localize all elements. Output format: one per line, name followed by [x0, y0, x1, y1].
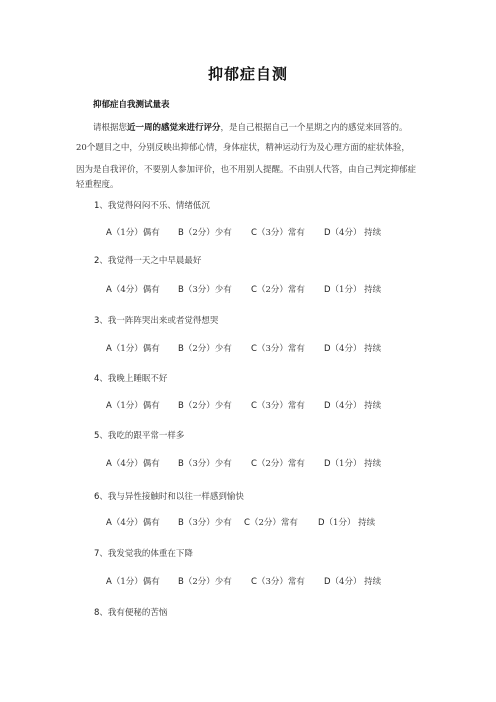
option-b[interactable]: B（2分）少有	[178, 226, 232, 238]
option-c[interactable]: C（3分）常有	[251, 575, 305, 587]
option-b[interactable]: B（3分）少有	[178, 283, 232, 295]
option-score: （4分） 持续	[331, 577, 382, 587]
question-5: 5、我吃的跟平常一样多	[94, 429, 184, 441]
option-score: （4分）偶有	[112, 518, 160, 528]
option-score: （1分）偶有	[112, 577, 160, 587]
option-score: （2分）少有	[184, 228, 232, 238]
question-text: 、我发觉我的体重在下降	[99, 549, 193, 559]
question-text: 、我晚上睡眠不好	[99, 374, 167, 384]
option-score: （1分） 持续	[325, 518, 376, 528]
option-score: （2分）少有	[184, 577, 232, 587]
intro-prefix: 请根据您	[93, 123, 127, 133]
option-score: （1分） 持续	[331, 459, 382, 469]
question-text: 、我觉得一天之中早晨最好	[99, 256, 201, 266]
option-c[interactable]: C（3分）常有	[251, 399, 305, 411]
document-title: 抑郁症自测	[0, 63, 496, 84]
intro-line-2: 20个题目之中，分别反映出抑郁心情，身体症状，精神运动行为及心理方面的症状体验，	[76, 141, 410, 153]
option-d[interactable]: D（4分） 持续	[324, 575, 381, 587]
option-score: （3分）常有	[257, 577, 305, 587]
intro-suffix: ，是自己根据自己一个星期之内的感觉来回答的。	[221, 123, 408, 133]
option-score: （3分）少有	[184, 285, 232, 295]
option-c[interactable]: C（2分）常有	[244, 516, 298, 528]
option-b[interactable]: B（2分）少有	[178, 342, 232, 354]
option-score: （1分）偶有	[112, 401, 160, 411]
intro-line-1: 请根据您近一周的感觉来进行评分，是自己根据自己一个星期之内的感觉来回答的。	[93, 121, 408, 133]
option-a[interactable]: A（4分）偶有	[106, 457, 160, 469]
question-text: 、我一阵阵哭出来或者觉得想哭	[99, 316, 218, 326]
intro-line-4: 轻重程度。	[76, 178, 119, 190]
option-c[interactable]: C（2分）常有	[251, 283, 305, 295]
option-a[interactable]: A（1分）偶有	[106, 575, 160, 587]
question-2: 2、我觉得一天之中早晨最好	[94, 254, 201, 266]
option-d[interactable]: D（4分） 持续	[324, 226, 381, 238]
option-score: （1分） 持续	[331, 285, 382, 295]
question-text: 、我吃的跟平常一样多	[99, 431, 184, 441]
question-8: 8、我有便秘的苦恼	[94, 606, 167, 618]
option-c[interactable]: C（3分）常有	[251, 342, 305, 354]
option-score: （3分）少有	[184, 518, 232, 528]
question-6: 6、我与异性接触时和以往一样感到愉快	[94, 490, 244, 502]
option-a[interactable]: A（4分）偶有	[106, 283, 160, 295]
option-b[interactable]: B（2分）少有	[178, 399, 232, 411]
option-score: （2分）常有	[257, 285, 305, 295]
option-a[interactable]: A（1分）偶有	[106, 342, 160, 354]
document-subtitle: 抑郁症自我测试量表	[93, 98, 170, 110]
document-page: 抑郁症自测 抑郁症自我测试量表 请根据您近一周的感觉来进行评分，是自己根据自己一…	[0, 0, 496, 702]
option-score: （3分）常有	[257, 401, 305, 411]
option-score: （4分） 持续	[331, 344, 382, 354]
option-b[interactable]: B（3分）少有	[178, 516, 232, 528]
option-score: （4分） 持续	[331, 228, 382, 238]
question-text: 、我觉得闷闷不乐、情绪低沉	[99, 201, 210, 211]
option-score: （3分）少有	[184, 459, 232, 469]
option-score: （3分）常有	[257, 344, 305, 354]
question-3: 3、我一阵阵哭出来或者觉得想哭	[94, 314, 218, 326]
question-text: 、我有便秘的苦恼	[99, 608, 167, 618]
option-score: （4分）偶有	[112, 285, 160, 295]
option-a[interactable]: A（4分）偶有	[106, 516, 160, 528]
option-a[interactable]: A（1分）偶有	[106, 399, 160, 411]
question-text: 、我与异性接触时和以往一样感到愉快	[99, 492, 244, 502]
option-d[interactable]: D（4分） 持续	[324, 399, 381, 411]
option-score: （4分）偶有	[112, 459, 160, 469]
option-score: （2分）常有	[257, 459, 305, 469]
option-score: （1分）偶有	[112, 344, 160, 354]
option-b[interactable]: B（3分）少有	[178, 457, 232, 469]
option-d[interactable]: D（1分） 持续	[324, 457, 381, 469]
question-1: 1、我觉得闷闷不乐、情绪低沉	[94, 199, 210, 211]
option-c[interactable]: C（2分）常有	[251, 457, 305, 469]
option-score: （2分）常有	[250, 518, 298, 528]
intro-emphasis: 近一周的感觉来进行评分	[127, 123, 221, 133]
option-c[interactable]: C（3分）常有	[251, 226, 305, 238]
intro-line-3: 因为是自我评价，不要别人参加评价，也不用别人提醒。不由别人代答，由自己判定抑郁症	[76, 163, 416, 175]
option-score: （4分） 持续	[331, 401, 382, 411]
option-score: （3分）常有	[257, 228, 305, 238]
option-d[interactable]: D（4分） 持续	[324, 342, 381, 354]
option-d[interactable]: D（1分） 持续	[318, 516, 375, 528]
option-d[interactable]: D（1分） 持续	[324, 283, 381, 295]
question-7: 7、我发觉我的体重在下降	[94, 547, 193, 559]
option-score: （2分）少有	[184, 344, 232, 354]
option-score: （2分）少有	[184, 401, 232, 411]
question-4: 4、我晚上睡眠不好	[94, 372, 167, 384]
option-score: （1分）偶有	[112, 228, 160, 238]
option-b[interactable]: B（2分）少有	[178, 575, 232, 587]
option-a[interactable]: A（1分）偶有	[106, 226, 160, 238]
